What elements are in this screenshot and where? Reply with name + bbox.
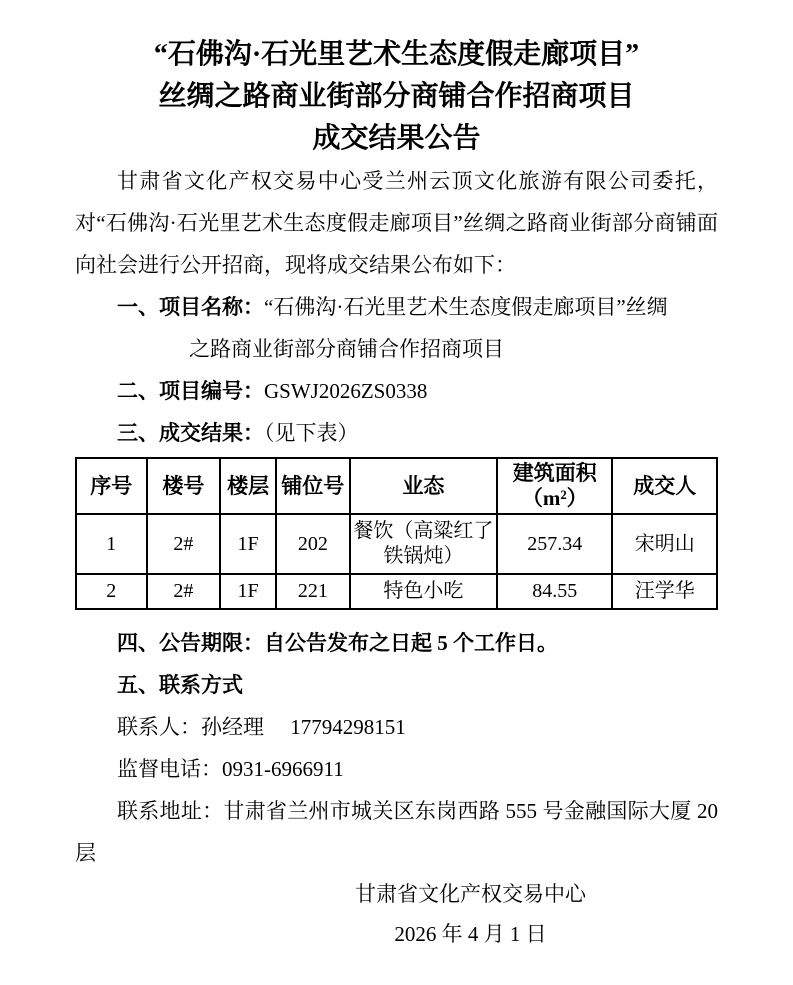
signature-block: 甘肃省文化产权交易中心 2026 年 4 月 1 日 (223, 874, 718, 954)
section-transaction-result-label: 三、成交结果： (117, 421, 264, 445)
col-header-business-type: 业态 (350, 458, 497, 514)
supervision-phone-line: 监督电话：0931-6966911 (75, 748, 718, 790)
section-project-number: 二、项目编号：GSWJ2026ZS0338 (75, 370, 718, 412)
contact-person-line: 联系人：孙经理 17794298151 (75, 706, 718, 748)
signature-org: 甘肃省文化产权交易中心 (223, 874, 718, 914)
table-cell: 1 (76, 514, 147, 574)
table-cell: 2# (147, 574, 221, 609)
section-project-name-label: 一、项目名称： (117, 295, 264, 319)
col-header-seq: 序号 (76, 458, 147, 514)
intro-paragraph: 甘肃省文化产权交易中心受兰州云顶文化旅游有限公司委托，对“石佛沟·石光里艺术生态… (75, 160, 718, 286)
table-row: 22#1F221特色小吃84.55汪学华 (76, 574, 717, 609)
project-number-value: GSWJ2026ZS0338 (264, 379, 427, 403)
title-line-2: 丝绸之路商业街部分商铺合作招商项目 (75, 76, 718, 118)
col-header-floor: 楼层 (220, 458, 276, 514)
table-cell: 2# (147, 514, 221, 574)
table-cell: 汪学华 (612, 574, 717, 609)
contact-address-line: 联系地址：甘肃省兰州市城关区东岗西路 555 号金融国际大厦 20 层 (75, 790, 718, 874)
table-cell: 1F (220, 574, 276, 609)
table-header-row: 序号 楼号 楼层 铺位号 业态 建筑面积（m²） 成交人 (76, 458, 717, 514)
table-cell: 257.34 (497, 514, 612, 574)
section-project-name-continued: 之路商业街部分商铺合作招商项目 (75, 328, 618, 370)
signature-date: 2026 年 4 月 1 日 (223, 914, 718, 954)
title-line-3: 成交结果公告 (75, 118, 718, 160)
table-cell: 84.55 (497, 574, 612, 609)
table-cell: 餐饮（高粱红了铁锅炖） (350, 514, 497, 574)
table-cell: 202 (276, 514, 350, 574)
table-cell: 221 (276, 574, 350, 609)
col-header-shop-number: 铺位号 (276, 458, 350, 514)
document-title: “石佛沟·石光里艺术生态度假走廊项目” 丝绸之路商业街部分商铺合作招商项目 成交… (75, 34, 718, 160)
table-row: 12#1F202餐饮（高粱红了铁锅炖）257.34宋明山 (76, 514, 717, 574)
section-announcement-period-label: 四、公告期限： (117, 631, 264, 655)
section-project-name: 一、项目名称：“石佛沟·石光里艺术生态度假走廊项目”丝绸 (75, 286, 718, 328)
col-header-area: 建筑面积（m²） (497, 458, 612, 514)
section-project-number-label: 二、项目编号： (117, 379, 264, 403)
table-cell: 特色小吃 (350, 574, 497, 609)
section-contact-info: 五、联系方式 (75, 664, 718, 706)
table-cell: 宋明山 (612, 514, 717, 574)
table-cell: 1F (220, 514, 276, 574)
table-cell: 2 (76, 574, 147, 609)
col-header-winner: 成交人 (612, 458, 717, 514)
section-announcement-period: 四、公告期限：自公告发布之日起 5 个工作日。 (75, 622, 718, 664)
announcement-document: “石佛沟·石光里艺术生态度假走廊项目” 丝绸之路商业街部分商铺合作招商项目 成交… (0, 0, 793, 985)
section-project-name-text: “石佛沟·石光里艺术生态度假走廊项目”丝绸 (264, 295, 668, 319)
col-header-building: 楼号 (147, 458, 221, 514)
results-table: 序号 楼号 楼层 铺位号 业态 建筑面积（m²） 成交人 12#1F202餐饮（… (75, 457, 718, 610)
transaction-result-note: （见下表） (264, 421, 359, 445)
section-transaction-result: 三、成交结果：（见下表） (75, 412, 718, 454)
announcement-period-text: 自公告发布之日起 5 个工作日。 (264, 631, 558, 655)
title-line-1: “石佛沟·石光里艺术生态度假走廊项目” (75, 34, 718, 76)
